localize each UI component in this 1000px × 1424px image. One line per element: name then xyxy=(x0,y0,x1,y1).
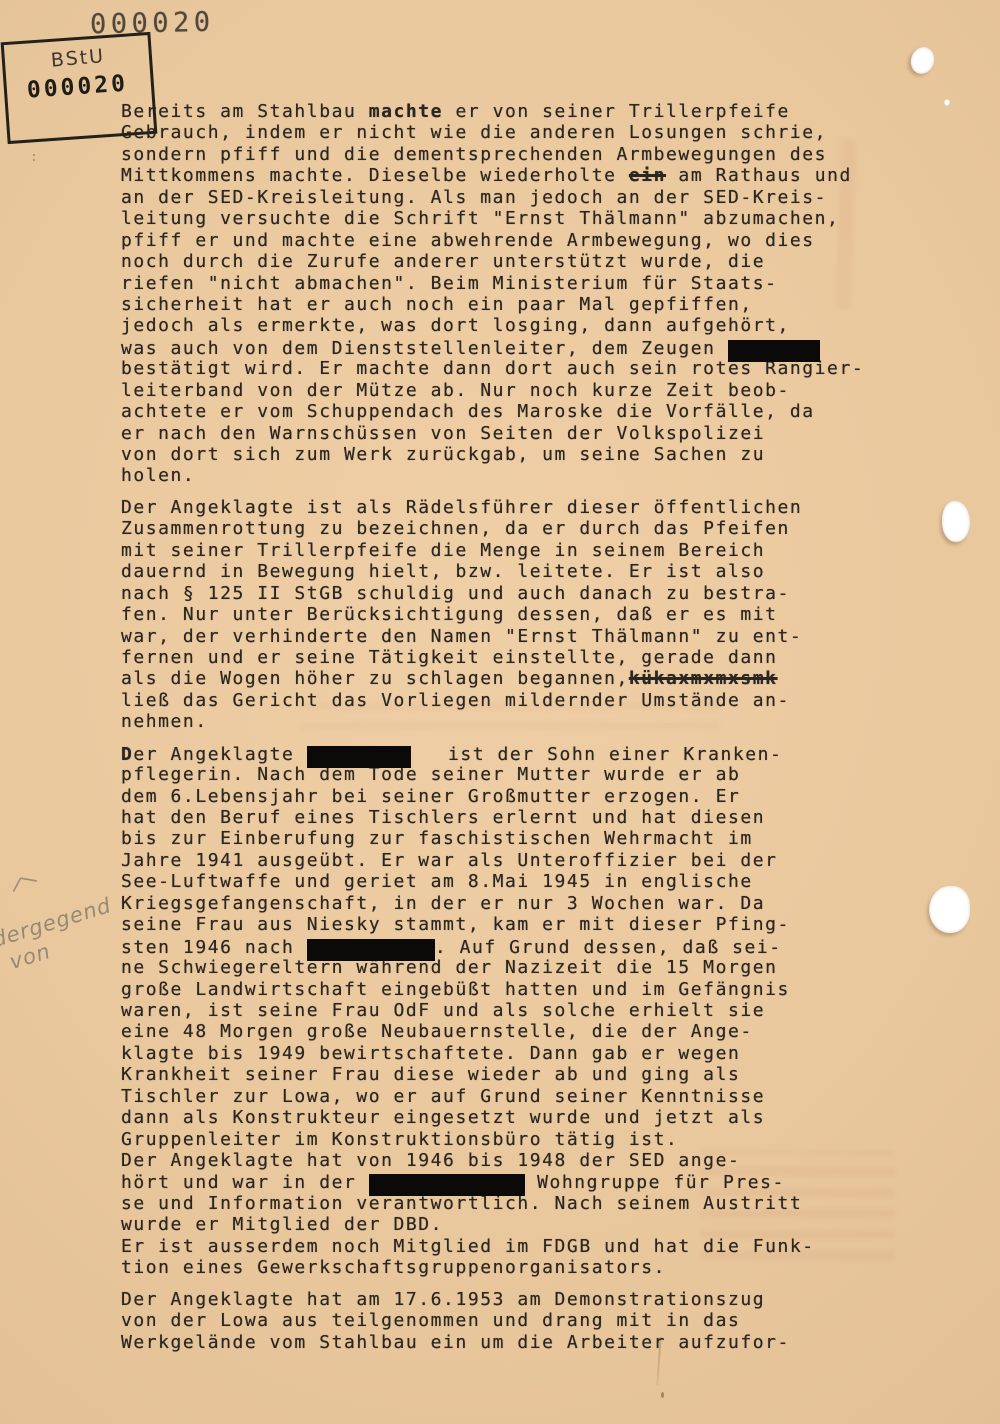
text-run: er Angeklagte xyxy=(133,744,306,765)
text-run: hört und war in der xyxy=(121,1172,369,1193)
typewritten-line: dann als Konstrukteur eingesetzt wurde u… xyxy=(121,1107,921,1128)
typewritten-line: fernen und er seine Tätigkeit einstellte… xyxy=(121,647,921,668)
bstu-stamp-sheet-number: 000020 xyxy=(26,69,152,104)
paper-hole xyxy=(942,501,970,542)
text-run: Werkgelände vom Stahlbau ein um die Arbe… xyxy=(121,1332,790,1353)
text-run: noch durch die Zurufe anderer unterstütz… xyxy=(121,251,765,272)
paragraph: Der Angeklagte ist als Rädelsführer dies… xyxy=(121,497,921,733)
typewritten-line: pflegerin. Nach dem Tode seiner Mutter w… xyxy=(121,764,921,785)
text-run: von dort sich zum Werk zurückgab, um sei… xyxy=(121,444,765,465)
typewritten-line: seine Frau aus Niesky stammt, kam er mit… xyxy=(121,914,921,935)
text-run: ne Schwiegereltern während der Nazizeit … xyxy=(121,957,778,978)
pencil-mark-dots: : xyxy=(30,150,38,165)
paper-hole xyxy=(929,886,970,933)
text-run: wurde er Mitglied der DBD. xyxy=(121,1214,443,1235)
text-run: Kriegsgefangenschaft, in der er nur 3 Wo… xyxy=(121,893,765,914)
paper-hole xyxy=(907,44,937,77)
typewritten-line: eine 48 Morgen große Neubauernstelle, di… xyxy=(121,1021,921,1042)
typewritten-line: Der Angeklagte hat am 17.6.1953 am Demon… xyxy=(121,1289,921,1310)
text-run: Der Angeklagte hat am 17.6.1953 am Demon… xyxy=(121,1289,765,1310)
typewritten-line: Gruppenleiter im Konstruktionsbüro tätig… xyxy=(121,1129,921,1150)
text-run: Wohngruppe für Pres- xyxy=(525,1172,785,1193)
text-run: hat den Beruf eines Tischlers erlernt un… xyxy=(121,807,765,828)
typewritten-line: klagte bis 1949 bewirtschaftete. Dann ga… xyxy=(121,1043,921,1064)
text-run: Der Angeklagte hat von 1946 bis 1948 der… xyxy=(121,1150,740,1171)
typewritten-line: holen. xyxy=(121,465,921,486)
pencil-tick-mark xyxy=(12,877,38,895)
text-run: am Rathaus und xyxy=(666,165,852,186)
text-run: dem 6.Lebensjahr bei seiner Großmutter e… xyxy=(121,786,740,807)
redaction-bar xyxy=(369,1174,525,1196)
text-run: pfiff er und machte eine abwehrende Armb… xyxy=(121,230,815,251)
typewritten-line: sondern pfiff und die dementsprechenden … xyxy=(121,144,921,165)
typewritten-line: pfiff er und machte eine abwehrende Armb… xyxy=(121,230,921,251)
text-run: riefen "nicht abmachen". Beim Ministeriu… xyxy=(121,273,778,294)
text-run: jedoch als ermerkte, was dort losging, d… xyxy=(121,315,790,336)
text-run: an der SED-Kreisleitung. Als man jedoch … xyxy=(121,187,827,208)
typewritten-line: leiterband von der Mütze ab. Nur noch ku… xyxy=(121,380,921,401)
text-run: war, der verhinderte den Namen "Ernst Th… xyxy=(121,626,802,647)
text-run: tion eines Gewerkschaftsgruppenorganisat… xyxy=(121,1257,666,1278)
paragraph: Der Angeklagte hat am 17.6.1953 am Demon… xyxy=(121,1289,921,1353)
text-run: See-Luftwaffe und geriet am 8.Mai 1945 i… xyxy=(121,871,753,892)
text-run: Jahre 1941 ausgeübt. Er war als Unteroff… xyxy=(121,850,778,871)
typewritten-line: Mittkommens machte. Dieselbe wiederholte… xyxy=(121,165,921,186)
document-page: 000020 BStU 000020 : dergegend von Berei… xyxy=(0,0,1000,1424)
text-run: leitung versuchte die Schrift "Ernst Thä… xyxy=(121,208,839,229)
text-run: Mittkommens machte. Dieselbe wiederholte xyxy=(121,165,629,186)
text-run: Er ist ausserdem noch Mitglied im FDGB u… xyxy=(121,1236,815,1257)
typewritten-line: an der SED-Kreisleitung. Als man jedoch … xyxy=(121,187,921,208)
overtyped-text: D xyxy=(121,744,133,765)
text-run: klagte bis 1949 bewirtschaftete. Dann ga… xyxy=(121,1043,740,1064)
typewritten-line: Kriegsgefangenschaft, in der er nur 3 Wo… xyxy=(121,893,921,914)
typewritten-line: hat den Beruf eines Tischlers erlernt un… xyxy=(121,807,921,828)
typewritten-line: was auch von dem Dienststellenleiter, de… xyxy=(121,337,921,358)
overtyped-text: machte xyxy=(369,101,443,122)
text-run: seine Frau aus Niesky stammt, kam er mit… xyxy=(121,914,790,935)
typewritten-line: große Landwirtschaft eingebüßt hatten un… xyxy=(121,979,921,1000)
typewritten-line: von der Lowa aus teilgenommen und drang … xyxy=(121,1310,921,1331)
pencil-margin-note: dergegend von xyxy=(0,890,129,978)
text-run: pflegerin. Nach dem Tode seiner Mutter w… xyxy=(121,764,740,785)
struck-out-text: ein xyxy=(629,165,666,186)
typewritten-line: ließ das Gericht das Vorliegen mildernde… xyxy=(121,690,921,711)
text-run: Bereits am Stahlbau xyxy=(121,101,369,122)
typewritten-line: sten 1946 nach . Auf Grund dessen, daß s… xyxy=(121,936,921,957)
typewritten-line: waren, ist seine Frau OdF und als solche… xyxy=(121,1000,921,1021)
paragraph: Bereits am Stahlbau machte er von seiner… xyxy=(121,101,921,487)
text-run: ist der Sohn einer Kranken- xyxy=(411,744,783,765)
typewritten-line: Gebrauch, indem er nicht wie die anderen… xyxy=(121,122,921,143)
paper-hole-small xyxy=(944,99,950,106)
text-run: Gruppenleiter im Konstruktionsbüro tätig… xyxy=(121,1129,678,1150)
typewritten-line: ne Schwiegereltern während der Nazizeit … xyxy=(121,957,921,978)
typewritten-line: jedoch als ermerkte, was dort losging, d… xyxy=(121,315,921,336)
typewritten-line: noch durch die Zurufe anderer unterstütz… xyxy=(121,251,921,272)
typewritten-text-block: Bereits am Stahlbau machte er von seiner… xyxy=(121,101,921,1363)
typewritten-line: hört und war in der Wohngruppe für Pres- xyxy=(121,1171,921,1192)
text-run: dauernd in Bewegung hielt, bzw. leitete.… xyxy=(121,561,765,582)
typewritten-line: Zusammenrottung zu bezeichnen, da er dur… xyxy=(121,518,921,539)
paper-crease-dot xyxy=(661,1392,664,1398)
text-run: Zusammenrottung zu bezeichnen, da er dur… xyxy=(121,518,790,539)
text-run: sicherheit hat er auch noch ein paar Mal… xyxy=(121,294,753,315)
paragraph: Der Angeklagte ist der Sohn einer Kranke… xyxy=(121,743,921,1279)
text-run: als die Wogen höher zu schlagen begannen… xyxy=(121,668,629,689)
text-run: holen. xyxy=(121,465,195,486)
typewritten-line: riefen "nicht abmachen". Beim Ministeriu… xyxy=(121,273,921,294)
struck-out-text: kükaxmxmxsmk xyxy=(629,668,778,689)
text-run: ließ das Gericht das Vorliegen mildernde… xyxy=(121,690,790,711)
typewritten-line: sicherheit hat er auch noch ein paar Mal… xyxy=(121,294,921,315)
typewritten-line: nach § 125 II StGB schuldig und auch dan… xyxy=(121,583,921,604)
text-run: sondern pfiff und die dementsprechenden … xyxy=(121,144,827,165)
text-run: er von seiner Trillerpfeife xyxy=(443,101,790,122)
typewritten-line: Der Angeklagte ist als Rädelsführer dies… xyxy=(121,497,921,518)
typewritten-line: bis zur Einberufung zur faschistischen W… xyxy=(121,828,921,849)
redaction-bar xyxy=(728,340,820,362)
text-run: er nach den Warnschüssen von Seiten der … xyxy=(121,423,765,444)
typewritten-line: als die Wogen höher zu schlagen begannen… xyxy=(121,668,921,689)
text-run: große Landwirtschaft eingebüßt hatten un… xyxy=(121,979,790,1000)
text-run: Der Angeklagte ist als Rädelsführer dies… xyxy=(121,497,802,518)
text-run: von der Lowa aus teilgenommen und drang … xyxy=(121,1310,740,1331)
text-run: Tischler zur Lowa, wo er auf Grund seine… xyxy=(121,1086,765,1107)
typewritten-line: Werkgelände vom Stahlbau ein um die Arbe… xyxy=(121,1332,921,1353)
typewritten-line: mit seiner Trillerpfeife die Menge in se… xyxy=(121,540,921,561)
text-run: sten 1946 nach xyxy=(121,937,307,958)
text-run: waren, ist seine Frau OdF und als solche… xyxy=(121,1000,765,1021)
typewritten-line: Krankheit seiner Frau diese wieder ab un… xyxy=(121,1064,921,1085)
typewritten-line: Bereits am Stahlbau machte er von seiner… xyxy=(121,101,921,122)
typewritten-line: war, der verhinderte den Namen "Ernst Th… xyxy=(121,626,921,647)
typewritten-line: tion eines Gewerkschaftsgruppenorganisat… xyxy=(121,1257,921,1278)
typewritten-line: Jahre 1941 ausgeübt. Er war als Unteroff… xyxy=(121,850,921,871)
typewritten-line: Tischler zur Lowa, wo er auf Grund seine… xyxy=(121,1086,921,1107)
text-run: nehmen. xyxy=(121,711,208,732)
text-run: was auch von dem Dienststellenleiter, de… xyxy=(121,338,728,359)
typewritten-line: See-Luftwaffe und geriet am 8.Mai 1945 i… xyxy=(121,871,921,892)
typewritten-line: wurde er Mitglied der DBD. xyxy=(121,1214,921,1235)
typewritten-line: er nach den Warnschüssen von Seiten der … xyxy=(121,423,921,444)
bstu-stamp-org-label: BStU xyxy=(50,41,150,71)
typewritten-line: fen. Nur unter Berücksichtigung dessen, … xyxy=(121,604,921,625)
text-run: Gebrauch, indem er nicht wie die anderen… xyxy=(121,122,827,143)
typewritten-line: dauernd in Bewegung hielt, bzw. leitete.… xyxy=(121,561,921,582)
redaction-bar xyxy=(307,746,411,768)
typewritten-line: leitung versuchte die Schrift "Ernst Thä… xyxy=(121,208,921,229)
typewritten-line: nehmen. xyxy=(121,711,921,732)
text-run: leiterband von der Mütze ab. Nur noch ku… xyxy=(121,380,790,401)
typewritten-line: Er ist ausserdem noch Mitglied im FDGB u… xyxy=(121,1236,921,1257)
typewritten-line: achtete er vom Schuppendach des Maroske … xyxy=(121,401,921,422)
text-run: dann als Konstrukteur eingesetzt wurde u… xyxy=(121,1107,765,1128)
typewritten-line: von dort sich zum Werk zurückgab, um sei… xyxy=(121,444,921,465)
text-run: fernen und er seine Tätigkeit einstellte… xyxy=(121,647,778,668)
text-run: mit seiner Trillerpfeife die Menge in se… xyxy=(121,540,765,561)
text-run: . Auf Grund dessen, daß sei- xyxy=(435,937,782,958)
text-run: eine 48 Morgen große Neubauernstelle, di… xyxy=(121,1021,753,1042)
redaction-bar xyxy=(307,939,435,961)
typewritten-line: Der Angeklagte hat von 1946 bis 1948 der… xyxy=(121,1150,921,1171)
text-run: nach § 125 II StGB schuldig und auch dan… xyxy=(121,583,790,604)
typewritten-line: Der Angeklagte ist der Sohn einer Kranke… xyxy=(121,743,921,764)
text-run: achtete er vom Schuppendach des Maroske … xyxy=(121,401,815,422)
text-run: fen. Nur unter Berücksichtigung dessen, … xyxy=(121,604,778,625)
text-run: Krankheit seiner Frau diese wieder ab un… xyxy=(121,1064,740,1085)
text-run: bis zur Einberufung zur faschistischen W… xyxy=(121,828,753,849)
typewritten-line: dem 6.Lebensjahr bei seiner Großmutter e… xyxy=(121,786,921,807)
